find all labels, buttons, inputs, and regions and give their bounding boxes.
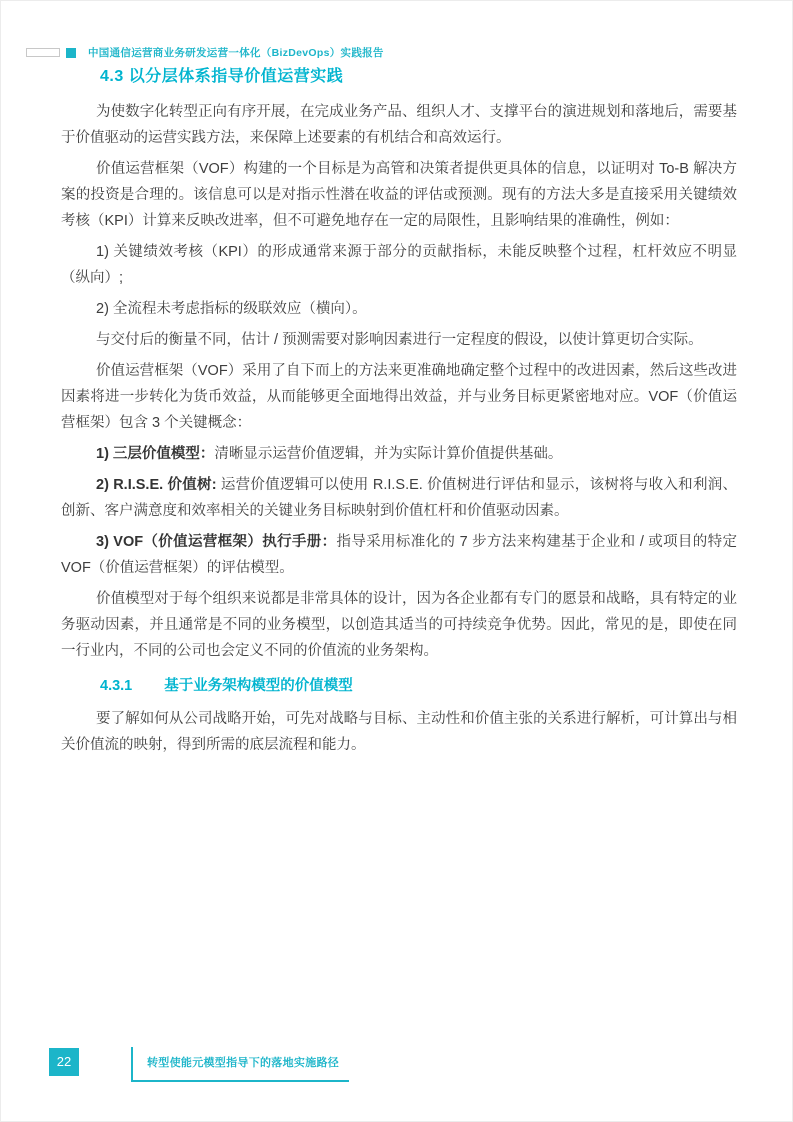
paragraph: 与交付后的衡量不同，估计 / 预测需要对影响因素进行一定程度的假设，以使计算更切… bbox=[61, 327, 737, 353]
paragraph-lead: 3) VOF（价值运营框架）执行手册： bbox=[96, 534, 336, 550]
section-heading: 4.3 以分层体系指导价值运营实践 bbox=[61, 63, 737, 86]
brand-square-icon bbox=[66, 48, 76, 58]
paragraph: 价值运营框架（VOF）构建的一个目标是为高管和决策者提供更具体的信息，以证明对 … bbox=[61, 156, 737, 234]
paragraph-text: 要了解如何从公司战略开始，可先对战略与目标、主动性和价值主张的关系进行解析，可计… bbox=[61, 711, 737, 753]
paragraph: 价值运营框架（VOF）采用了自下而上的方法来更准确地确定整个过程中的改进因素，然… bbox=[61, 358, 737, 436]
paragraph: 为使数字化转型正向有序开展，在完成业务产品、组织人才、支撑平台的演进规划和落地后… bbox=[61, 99, 737, 151]
paragraph-lead: 1) 三层价值模型： bbox=[96, 446, 214, 462]
paragraph-lead: 2) R.I.S.E. 价值树: bbox=[96, 477, 217, 493]
report-title: 中国通信运营商业务研发运营一体化（BizDevOps）实践报告 bbox=[88, 45, 384, 60]
paragraph: 2) 全流程未考虑指标的级联效应（横向）。 bbox=[61, 296, 737, 322]
paragraph-text: 为使数字化转型正向有序开展，在完成业务产品、组织人才、支撑平台的演进规划和落地后… bbox=[61, 104, 737, 146]
paragraph-text: 价值模型对于每个组织来说都是非常具体的设计，因为各企业都有专门的愿景和战略，具有… bbox=[61, 591, 737, 659]
logo-placeholder bbox=[26, 48, 60, 57]
document-page: { "colors": { "accent": "#1cb5c9", "body… bbox=[0, 0, 793, 1122]
paragraph: 3) VOF（价值运营框架）执行手册：指导采用标准化的 7 步方法来构建基于企业… bbox=[61, 529, 737, 581]
content-column: 4.3 以分层体系指导价值运营实践 为使数字化转型正向有序开展，在完成业务产品、… bbox=[61, 63, 737, 763]
subsection-heading: 4.3.1基于业务架构模型的价值模型 bbox=[61, 674, 737, 695]
paragraph: 2) R.I.S.E. 价值树: 运营价值逻辑可以使用 R.I.S.E. 价值树… bbox=[61, 472, 737, 524]
paragraph-text: 价值运营框架（VOF）采用了自下而上的方法来更准确地确定整个过程中的改进因素，然… bbox=[61, 363, 737, 431]
page-number: 22 bbox=[49, 1048, 79, 1076]
footer-title-block: 转型使能元模型指导下的落地实施路径 bbox=[131, 1047, 349, 1082]
paragraph: 1) 关键绩效考核（KPI）的形成通常来源于部分的贡献指标，未能反映整个过程，杠… bbox=[61, 239, 737, 291]
paragraph-text: 价值运营框架（VOF）构建的一个目标是为高管和决策者提供更具体的信息，以证明对 … bbox=[61, 161, 737, 229]
paragraph-text: 2) 全流程未考虑指标的级联效应（横向）。 bbox=[96, 301, 367, 317]
page-header: 中国通信运营商业务研发运营一体化（BizDevOps）实践报告 bbox=[26, 45, 384, 60]
paragraph: 要了解如何从公司战略开始，可先对战略与目标、主动性和价值主张的关系进行解析，可计… bbox=[61, 706, 737, 758]
subsection-number: 4.3.1 bbox=[100, 678, 132, 694]
paragraph: 价值模型对于每个组织来说都是非常具体的设计，因为各企业都有专门的愿景和战略，具有… bbox=[61, 586, 737, 664]
paragraph-text: 1) 关键绩效考核（KPI）的形成通常来源于部分的贡献指标，未能反映整个过程，杠… bbox=[61, 244, 737, 286]
footer-chapter-title: 转型使能元模型指导下的落地实施路径 bbox=[147, 1054, 339, 1070]
paragraph-text: 清晰显示运营价值逻辑，并为实际计算价值提供基础。 bbox=[214, 446, 562, 462]
subsection-title: 基于业务架构模型的价值模型 bbox=[164, 678, 353, 694]
paragraph-text: 与交付后的衡量不同，估计 / 预测需要对影响因素进行一定程度的假设，以使计算更切… bbox=[96, 332, 703, 348]
paragraph: 1) 三层价值模型：清晰显示运营价值逻辑，并为实际计算价值提供基础。 bbox=[61, 441, 737, 467]
